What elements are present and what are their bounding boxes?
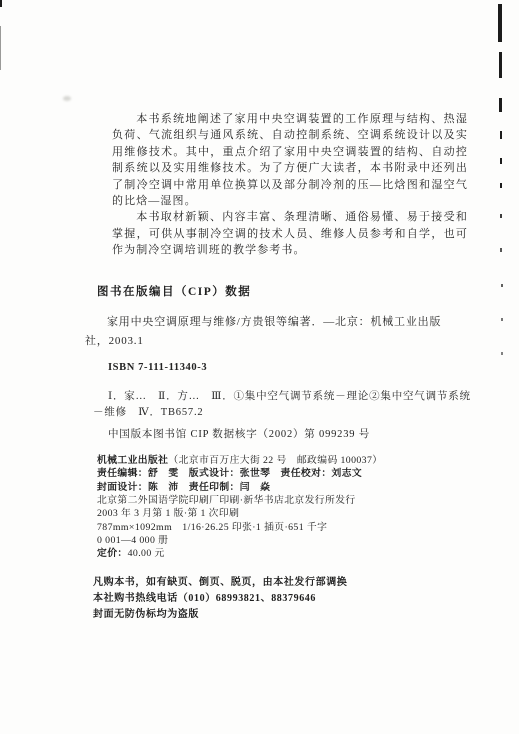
print-run-line: 0 001—4 000 册 — [97, 534, 467, 547]
publisher-address: （北京市百万庄大街 22 号 邮政编码 100037） — [168, 455, 382, 466]
price-line: 定价：40.00 元 — [97, 547, 467, 560]
price-label: 定价： — [97, 548, 128, 559]
book-copyright-page: 本书系统地阐述了家用中央空调装置的工作原理与结构、热湿负荷、气流组织与通风系统、… — [0, 0, 519, 734]
cip-classification: Ⅰ．家… Ⅱ．方… Ⅲ．①集中空气调节系统－理论②集中空气调节系统 －维修 Ⅳ．… — [93, 389, 475, 421]
printer-line: 北京第二外国语学院印刷厂印刷·新华书店北京发行所发行 — [97, 494, 467, 507]
notice-line-2: 本社购书热线电话（010）68993821、88379646 — [93, 591, 473, 607]
cip-record: 家用中央空调原理与维修/方贵银等编著．—北京：机械工业出版社，2003.1 — [85, 313, 457, 351]
abstract-paragraph-2: 本书取材新颖、内容丰富、条理清晰、通俗易懂、易于接受和掌握，可供从事制冷空调的技… — [112, 209, 468, 258]
cip-registry-number: 中国版本图书馆 CIP 数据核字（2002）第 099239 号 — [108, 426, 370, 441]
price-value: 40.00 元 — [128, 548, 165, 559]
notice-line-1: 凡购本书，如有缺页、倒页、脱页，由本社发行部调换 — [93, 575, 473, 591]
cip-heading: 图书在版编目（CIP）数据 — [97, 283, 251, 299]
classification-line-2: －维修 Ⅳ．TB657.2 — [93, 405, 475, 421]
staff-line-2: 封面设计：陈 沛 责任印制：闫 焱 — [97, 481, 467, 494]
classification-line-1: Ⅰ．家… Ⅱ．方… Ⅲ．①集中空气调节系统－理论②集中空气调节系统 — [93, 389, 475, 405]
edition-line: 2003 年 3 月第 1 版·第 1 次印刷 — [97, 507, 467, 520]
notice-line-3: 封面无防伪标均为盗版 — [93, 607, 473, 623]
isbn-number: ISBN 7-111-11340-3 — [108, 362, 207, 373]
purchase-notices: 凡购本书，如有缺页、倒页、脱页，由本社发行部调换 本社购书热线电话（010）68… — [93, 575, 473, 623]
abstract-paragraph-1: 本书系统地阐述了家用中央空调装置的工作原理与结构、热湿负荷、气流组织与通风系统、… — [112, 111, 468, 209]
book-abstract: 本书系统地阐述了家用中央空调装置的工作原理与结构、热湿负荷、气流组织与通风系统、… — [112, 111, 468, 259]
staff-line-1: 责任编辑：舒 雯 版式设计：张世琴 责任校对：刘志文 — [97, 467, 467, 480]
format-line: 787mm×1092mm 1/16·26.25 印张·1 插页·651 千字 — [97, 521, 467, 534]
colophon: 机械工业出版社（北京市百万庄大街 22 号 邮政编码 100037） 责任编辑：… — [97, 454, 467, 561]
publisher-name: 机械工业出版社 — [97, 455, 168, 466]
publisher-line: 机械工业出版社（北京市百万庄大街 22 号 邮政编码 100037） — [97, 454, 467, 467]
